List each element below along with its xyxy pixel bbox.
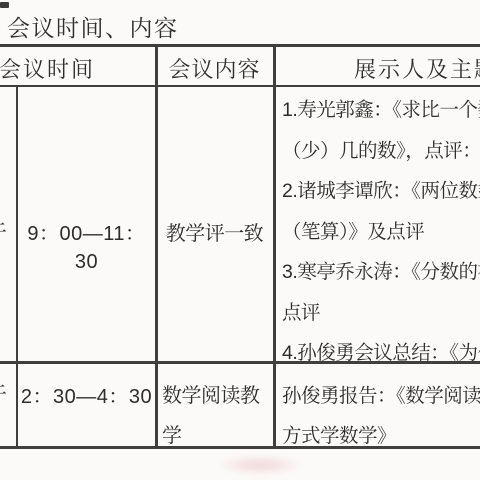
- header-meeting-content: 会议内容: [156, 56, 273, 84]
- time-cell-row1: 9：00—11：30: [17, 220, 156, 248]
- content-cell-row1: 教学评一致: [156, 220, 273, 248]
- time-cell-row2: 2：30—4：30: [17, 383, 156, 411]
- table-border-header-bottom: [0, 85, 480, 87]
- header-presenter-topic: 展示人及主题: [276, 56, 480, 84]
- period-fragment-row1: 午: [0, 219, 9, 245]
- presenter-item: 1.寿光郭鑫：《求比一个数: [282, 90, 480, 131]
- page-title: 会议时间、内容: [7, 13, 179, 43]
- cropped-bullet-fragment: [0, 2, 9, 8]
- document-photo: 会议时间、内容 会议时间 会议内容 展示人及主题 午 9：00—11：30 教学…: [0, 0, 480, 480]
- period-fragment-row2: 午: [0, 381, 9, 407]
- presenter-item: （笔算）》及点评: [282, 212, 480, 253]
- presenter-item: 3.寒亭乔永涛：《分数的初: [282, 252, 480, 293]
- presenter-item: 孙俊勇报告：《数学阅读: [282, 376, 480, 416]
- photo-artifact-smudge: [215, 455, 305, 475]
- header-meeting-time: 会议时间: [0, 56, 156, 84]
- table-border-top: [0, 44, 480, 47]
- presenter-item: 2.诸城李谭欣：《两位数乘: [282, 171, 480, 212]
- presenter-item: （少）几的数》，点评：纪: [282, 131, 480, 172]
- presenter-list-row1: 1.寿光郭鑫：《求比一个数 （少）几的数》，点评：纪 2.诸城李谭欣：《两位数乘…: [282, 90, 480, 374]
- content-cell-row2: 数学阅读教学: [162, 376, 268, 456]
- presenter-list-row2: 孙俊勇报告：《数学阅读 方式学数学》: [282, 376, 480, 456]
- presenter-item: 方式学数学》: [282, 416, 480, 456]
- presenter-item: 4.孙俊勇会议总结：《为什: [282, 333, 480, 374]
- table-vline-content-presenter: [273, 44, 276, 449]
- presenter-item: 点评: [282, 293, 480, 334]
